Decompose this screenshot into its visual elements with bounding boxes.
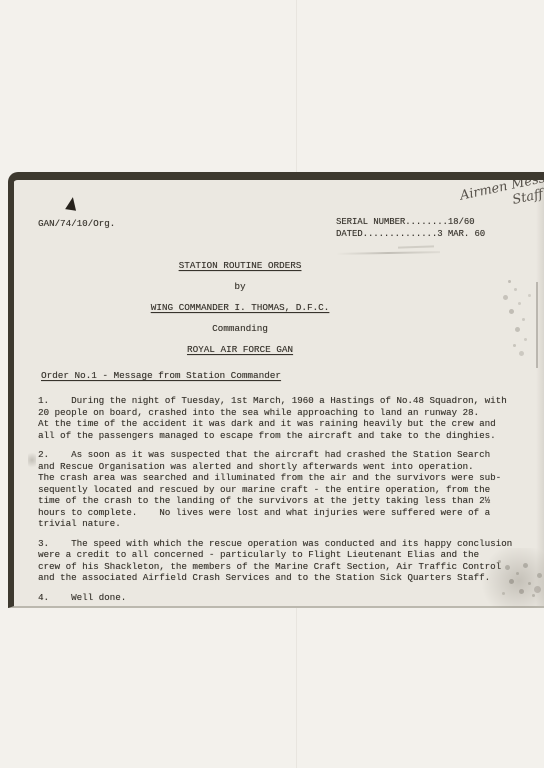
order-body: 1. During the night of Tuesday, 1st Marc… xyxy=(38,395,538,606)
photostat-page: GAN/74/10/Org. SERIAL NUMBER........18/6… xyxy=(8,172,544,608)
triangle-mark-icon xyxy=(65,196,78,210)
smudge-under-date xyxy=(336,251,440,255)
reference-number: GAN/74/10/Org. xyxy=(38,218,115,230)
commander-name: WING COMMANDER I. THOMAS, D.F.C. xyxy=(14,302,466,314)
scan-noise-speckles xyxy=(498,560,501,563)
photostat-content: GAN/74/10/Org. SERIAL NUMBER........18/6… xyxy=(14,180,544,606)
byline: by xyxy=(14,281,466,293)
scan-noise-speckles xyxy=(508,280,511,283)
scanned-document-page: GAN/74/10/Org. SERIAL NUMBER........18/6… xyxy=(0,0,544,768)
scan-streak xyxy=(536,282,538,368)
paragraph-4: 4. Well done. xyxy=(38,592,538,604)
masthead: STATION ROUTINE ORDERS by WING COMMANDER… xyxy=(14,260,466,365)
order-heading: Order No.1 - Message from Station Comman… xyxy=(41,370,281,382)
scan-speck xyxy=(28,450,36,470)
paragraph-1: 1. During the night of Tuesday, 1st Marc… xyxy=(38,395,538,441)
paragraph-2: 2. As soon as it was suspected that the … xyxy=(38,449,538,530)
dated-line: DATED..............3 MAR. 60 xyxy=(336,228,485,240)
station-name: ROYAL AIR FORCE GAN xyxy=(14,344,466,356)
serial-block: SERIAL NUMBER........18/60 DATED........… xyxy=(336,216,485,240)
scan-stain xyxy=(478,548,544,608)
document-title: STATION ROUTINE ORDERS xyxy=(14,260,466,272)
commanding-label: Commanding xyxy=(14,323,466,335)
paragraph-3: 3. The speed with which the rescue opera… xyxy=(38,538,538,584)
